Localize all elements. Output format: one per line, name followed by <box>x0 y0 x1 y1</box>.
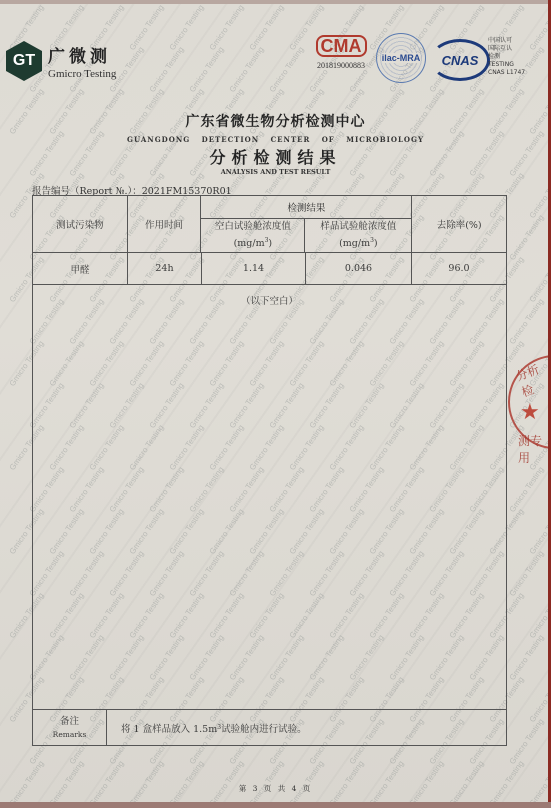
cnas-info: 中国认可 国际互认 检测 TESTING CNAS L1747 <box>488 37 525 77</box>
doc-title-cn: 分析检测结果 <box>0 145 548 168</box>
photo-edge-top <box>0 0 551 4</box>
remarks-row: 备注 Remarks 将 1 盒样品放入 1.5m3 试验舱内进行试验。 <box>33 710 506 745</box>
watermark-text: Gmicro Testing <box>507 297 545 346</box>
header-blank-conc: 空白试验舱浓度值 (mg/m3) <box>201 219 305 252</box>
remarks-label-en: Remarks <box>53 728 87 741</box>
watermark-text: Gmicro Testing <box>507 633 545 682</box>
org-title-cn: 广东省微生物分析检测中心 <box>0 111 548 131</box>
results-table: 测试污染物 作用时间 检测结果 空白试验舱浓度值 (mg/m3) 样品试验舱浓度… <box>32 195 507 746</box>
watermark-text: Gmicro Testing <box>527 171 548 220</box>
watermark-text: Gmicro Testing <box>507 465 545 514</box>
cnas-info-line: 检测 <box>488 53 525 61</box>
cnas-info-line: CNAS L1747 <box>488 69 525 77</box>
gmicro-logo: GT 广微测 Gmicro Testing <box>6 41 116 81</box>
header-pollutant: 测试污染物 <box>33 196 128 252</box>
header-removal-rate: 去除率(%) <box>412 196 506 252</box>
gt-logo-icon: GT <box>6 41 42 81</box>
seal-star-icon: ★ <box>520 400 540 425</box>
watermark-text: Gmicro Testing <box>227 45 265 94</box>
cnas-info-line: 中国认可 <box>488 37 525 45</box>
watermark-text: Gmicro Testing <box>167 3 205 52</box>
seal-text-bottom: 测专用 <box>518 432 551 466</box>
watermark-text: Gmicro Testing <box>207 3 245 52</box>
header-blank-conc-label: 空白试验舱浓度值 <box>215 220 291 234</box>
watermark-text: Gmicro Testing <box>507 213 545 262</box>
watermark-text: Gmicro Testing <box>267 45 305 94</box>
cell-blank-conc: 1.14 <box>202 253 306 284</box>
watermark-text: Gmicro Testing <box>507 549 545 598</box>
header-results: 检测结果 <box>201 196 411 219</box>
remarks-text: 将 1 盒样品放入 1.5m3 试验舱内进行试验。 <box>107 710 506 745</box>
watermark-text: Gmicro Testing <box>527 591 548 640</box>
blank-area-row: （以下空白） <box>33 285 506 710</box>
watermark-text: Gmicro Testing <box>247 3 285 52</box>
cnas-icon: CNAS <box>430 39 490 81</box>
page-number: 第 3 页 共 4 页 <box>0 783 548 794</box>
document-page: Gmicro TestingGmicro TestingGmicro Testi… <box>0 3 548 805</box>
org-title-en: GUANGDONG DETECTION CENTER OF MICROBIOLO… <box>0 135 548 144</box>
ilac-label: ilac-MRA <box>382 53 421 63</box>
logo-en-text: Gmicro Testing <box>48 68 116 80</box>
watermark-text: Gmicro Testing <box>527 507 548 556</box>
unit-label: (mg/m3) <box>234 234 273 251</box>
cma-certification: CMA 201819000883 <box>313 35 369 70</box>
photo-edge-bottom <box>0 802 551 808</box>
watermark-text: Gmicro Testing <box>187 45 225 94</box>
cnas-info-line: TESTING <box>488 61 525 69</box>
table-row: 甲醛 24h 1.14 0.046 96.0 <box>33 253 506 285</box>
ilac-mra-icon: ilac-MRA <box>376 33 426 83</box>
cma-icon: CMA <box>316 35 367 57</box>
watermark-text: Gmicro Testing <box>527 255 548 304</box>
header-sample-conc: 样品试验舱浓度值 (mg/m3) <box>305 219 411 252</box>
cnas-info-line: 国际互认 <box>488 45 525 53</box>
header-results-group: 检测结果 空白试验舱浓度值 (mg/m3) 样品试验舱浓度值 (mg/m3) <box>201 196 412 252</box>
logo-cn-text: 广微测 <box>48 42 116 67</box>
unit-label: (mg/m3) <box>339 234 378 251</box>
cell-pollutant: 甲醛 <box>33 253 128 284</box>
blank-note: （以下空白） <box>33 285 506 307</box>
cell-removal-rate: 96.0 <box>412 253 506 284</box>
table-header-row: 测试污染物 作用时间 检测结果 空白试验舱浓度值 (mg/m3) 样品试验舱浓度… <box>33 196 506 253</box>
watermark-text: Gmicro Testing <box>147 45 185 94</box>
remarks-label: 备注 Remarks <box>33 710 107 745</box>
cell-sample-conc: 0.046 <box>306 253 412 284</box>
remarks-label-cn: 备注 <box>60 715 79 728</box>
watermark-text: Gmicro Testing <box>527 675 548 724</box>
watermark-text: Gmicro Testing <box>527 3 548 52</box>
watermark-text: Gmicro Testing <box>127 3 165 52</box>
watermark-text: Gmicro Testing <box>507 717 545 766</box>
header-sample-conc-label: 样品试验舱浓度值 <box>320 220 396 234</box>
cnas-label: CNAS <box>442 53 479 68</box>
doc-title-en: ANALYSIS AND TEST RESULT <box>0 168 548 176</box>
cma-number: 201819000883 <box>313 61 369 70</box>
header-duration: 作用时间 <box>128 196 202 252</box>
cell-duration: 24h <box>128 253 202 284</box>
